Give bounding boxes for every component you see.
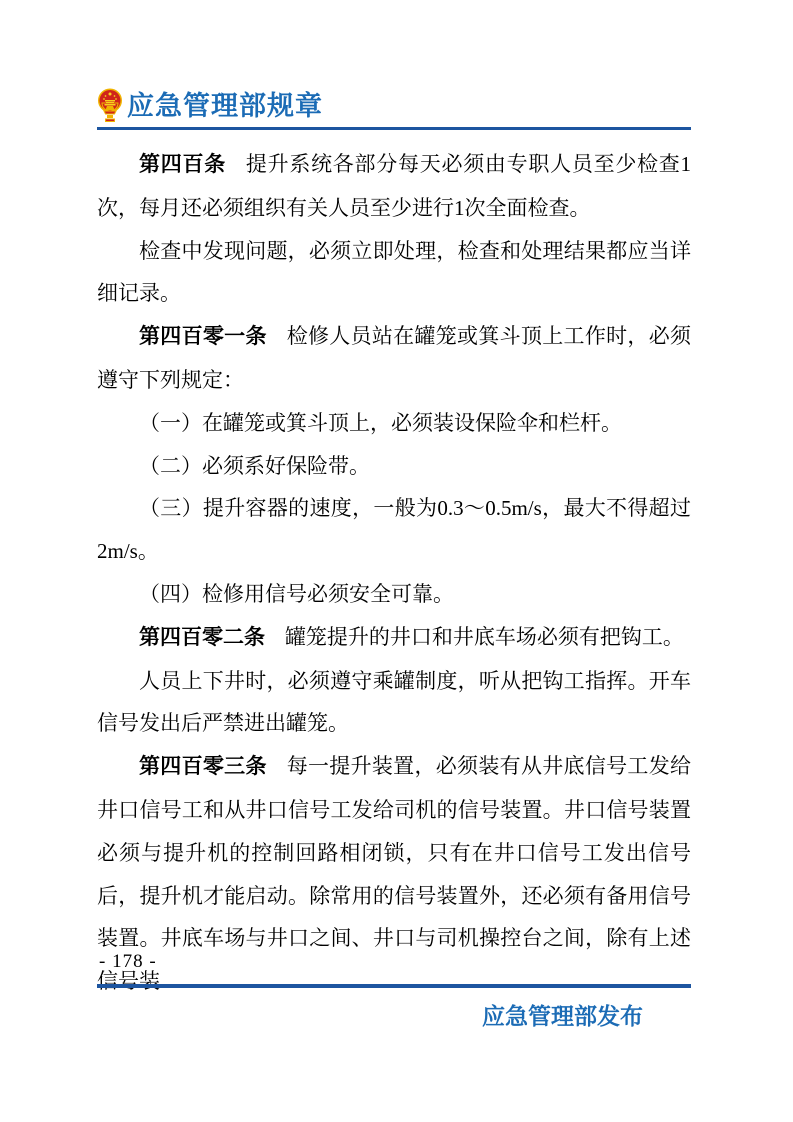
page-number: - 178 - <box>99 950 157 974</box>
body-paragraph: （一）在罐笼或箕斗顶上，必须装设保险伞和栏杆。 <box>97 402 691 445</box>
page-title: 应急管理部规章 <box>127 93 323 120</box>
article-number: 第四百零三条 <box>139 755 267 778</box>
body-paragraph: 人员上下井时，必须遵守乘罐制度，听从把钩工指挥。开车信号发出后严禁进出罐笼。 <box>97 660 691 746</box>
footer-divider <box>97 984 691 988</box>
article-paragraph: 第四百零一条检修人员站在罐笼或箕斗顶上工作时，必须遵守下列规定： <box>97 315 691 402</box>
page-header: 应急管理部规章 <box>97 86 691 126</box>
header-divider <box>97 127 691 130</box>
article-paragraph: 第四百零二条罐笼提升的井口和井底车场必须有把钩工。 <box>97 616 691 660</box>
china-national-emblem-icon <box>97 88 123 125</box>
article-paragraph: 第四百零三条每一提升装置，必须装有从井底信号工发给井口信号工和从井口信号工发给司… <box>97 745 691 1003</box>
body-paragraph: （四）检修用信号必须安全可靠。 <box>97 573 691 616</box>
article-number: 第四百条 <box>139 153 226 176</box>
body-paragraph: （三）提升容器的速度，一般为0.3～0.5m/s，最大不得超过2m/s。 <box>97 487 691 573</box>
document-page: 应急管理部规章 第四百条提升系统各部分每天必须由专职人员至少检查1次，每月还必须… <box>0 0 793 1122</box>
body-paragraph: 检查中发现问题，必须立即处理，检查和处理结果都应当详细记录。 <box>97 230 691 316</box>
article-paragraph: 第四百条提升系统各部分每天必须由专职人员至少检查1次，每月还必须组织有关人员至少… <box>97 143 691 230</box>
article-number: 第四百零一条 <box>139 325 267 348</box>
body-paragraph: （二）必须系好保险带。 <box>97 445 691 488</box>
document-body: 第四百条提升系统各部分每天必须由专职人员至少检查1次，每月还必须组织有关人员至少… <box>97 143 691 1003</box>
article-number: 第四百零二条 <box>139 626 265 649</box>
publisher-label: 应急管理部发布 <box>97 1002 691 1030</box>
